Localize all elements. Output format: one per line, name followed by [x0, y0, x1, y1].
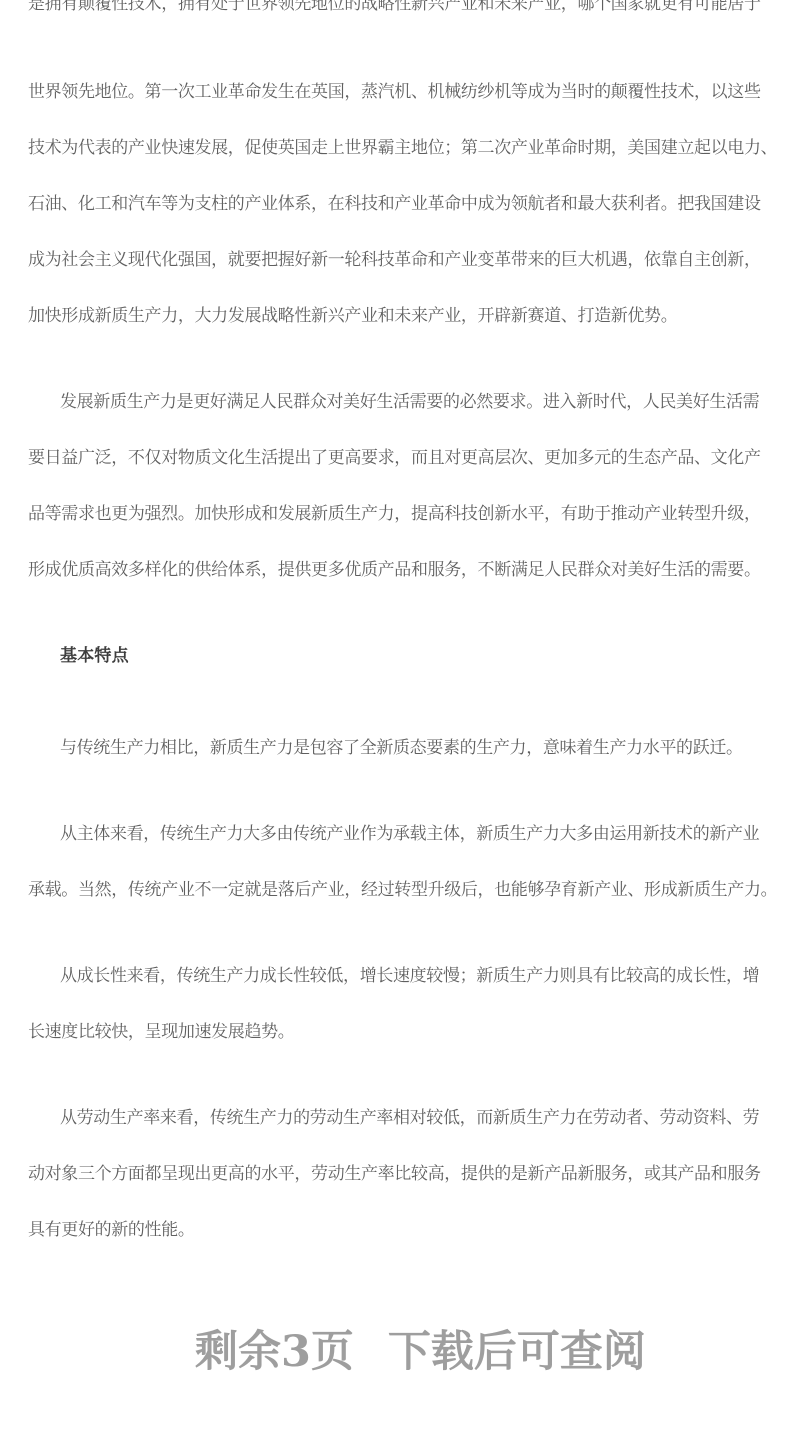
paragraph: 从成长性来看，传统生产力成长性较低，增长速度较慢；新质生产力则具有比较高的成长性… — [28, 948, 788, 1060]
paragraph: 从劳动生产率来看，传统生产力的劳动生产率相对较低，而新质生产力在劳动者、劳动资料… — [28, 1090, 788, 1258]
paragraph: 发展新质生产力是更好满足人民群众对美好生活需要的必然要求。进入新时代，人民美好生… — [28, 374, 788, 598]
paragraph: 世界领先地位。第一次工业革命发生在英国，蒸汽机、机械纺纱机等成为当时的颠覆性技术… — [28, 64, 788, 344]
text-line: 品等需求也更为强烈。加快形成和发展新质生产力，提高科技创新水平，有助于推动产业转… — [28, 486, 788, 542]
text-line: 是拥有颠覆性技术，拥有处于世界领先地位的战略性新兴产业和未来产业，哪个国家就更有… — [28, 0, 788, 32]
text-line: 基本特点 — [28, 628, 788, 684]
text-line: 从成长性来看，传统生产力成长性较低，增长速度较慢；新质生产力则具有比较高的成长性… — [28, 948, 788, 1004]
text-line: 从劳动生产率来看，传统生产力的劳动生产率相对较低，而新质生产力在劳动者、劳动资料… — [28, 1090, 788, 1146]
text-line: 技术为代表的产业快速发展，促使英国走上世界霸主地位；第二次产业革命时期，美国建立… — [28, 120, 788, 176]
text-line: 石油、化工和汽车等为支柱的产业体系，在科技和产业革命中成为领航者和最大获利者。把… — [28, 176, 788, 232]
paragraph: 从主体来看，传统生产力大多由传统产业作为承载主体，新质生产力大多由运用新技术的新… — [28, 806, 788, 918]
document-preview-page: 是拥有颠覆性技术，拥有处于世界领先地位的战略性新兴产业和未来产业，哪个国家就更有… — [0, 0, 800, 1434]
text-line: 成为社会主义现代化强国，就要把握好新一轮科技革命和产业变革带来的巨大机遇，依靠自… — [28, 232, 788, 288]
remaining-pages-count: 剩余3页 — [195, 1329, 354, 1375]
remaining-pages-watermark: 剩余3页 下载后可查阅 — [195, 1329, 646, 1375]
text-line: 发展新质生产力是更好满足人民群众对美好生活需要的必然要求。进入新时代，人民美好生… — [28, 374, 788, 430]
text-line: 形成优质高效多样化的供给体系，提供更多优质产品和服务，不断满足人民群众对美好生活… — [28, 542, 788, 598]
text-line: 承载。当然，传统产业不一定就是落后产业，经过转型升级后，也能够孕育新产业、形成新… — [28, 862, 788, 918]
document-body: 是拥有颠覆性技术，拥有处于世界领先地位的战略性新兴产业和未来产业，哪个国家就更有… — [28, 0, 788, 1258]
paragraph: 是拥有颠覆性技术，拥有处于世界领先地位的战略性新兴产业和未来产业，哪个国家就更有… — [28, 0, 788, 32]
text-line: 与传统生产力相比，新质生产力是包容了全新质态要素的生产力，意味着生产力水平的跃迁… — [28, 720, 788, 776]
text-line: 具有更好的新的性能。 — [28, 1202, 788, 1258]
text-line: 长速度比较快，呈现加速发展趋势。 — [28, 1004, 788, 1060]
text-line: 从主体来看，传统生产力大多由传统产业作为承载主体，新质生产力大多由运用新技术的新… — [28, 806, 788, 862]
download-to-view-hint: 下载后可查阅 — [388, 1329, 646, 1375]
text-line: 世界领先地位。第一次工业革命发生在英国，蒸汽机、机械纺纱机等成为当时的颠覆性技术… — [28, 64, 788, 120]
text-line: 要日益广泛，不仅对物质文化生活提出了更高要求，而且对更高层次、更加多元的生态产品… — [28, 430, 788, 486]
paragraph: 与传统生产力相比，新质生产力是包容了全新质态要素的生产力，意味着生产力水平的跃迁… — [28, 720, 788, 776]
text-line: 加快形成新质生产力，大力发展战略性新兴产业和未来产业，开辟新赛道、打造新优势。 — [28, 288, 788, 344]
section-heading: 基本特点 — [28, 628, 788, 684]
text-line: 动对象三个方面都呈现出更高的水平，劳动生产率比较高，提供的是新产品新服务，或其产… — [28, 1146, 788, 1202]
